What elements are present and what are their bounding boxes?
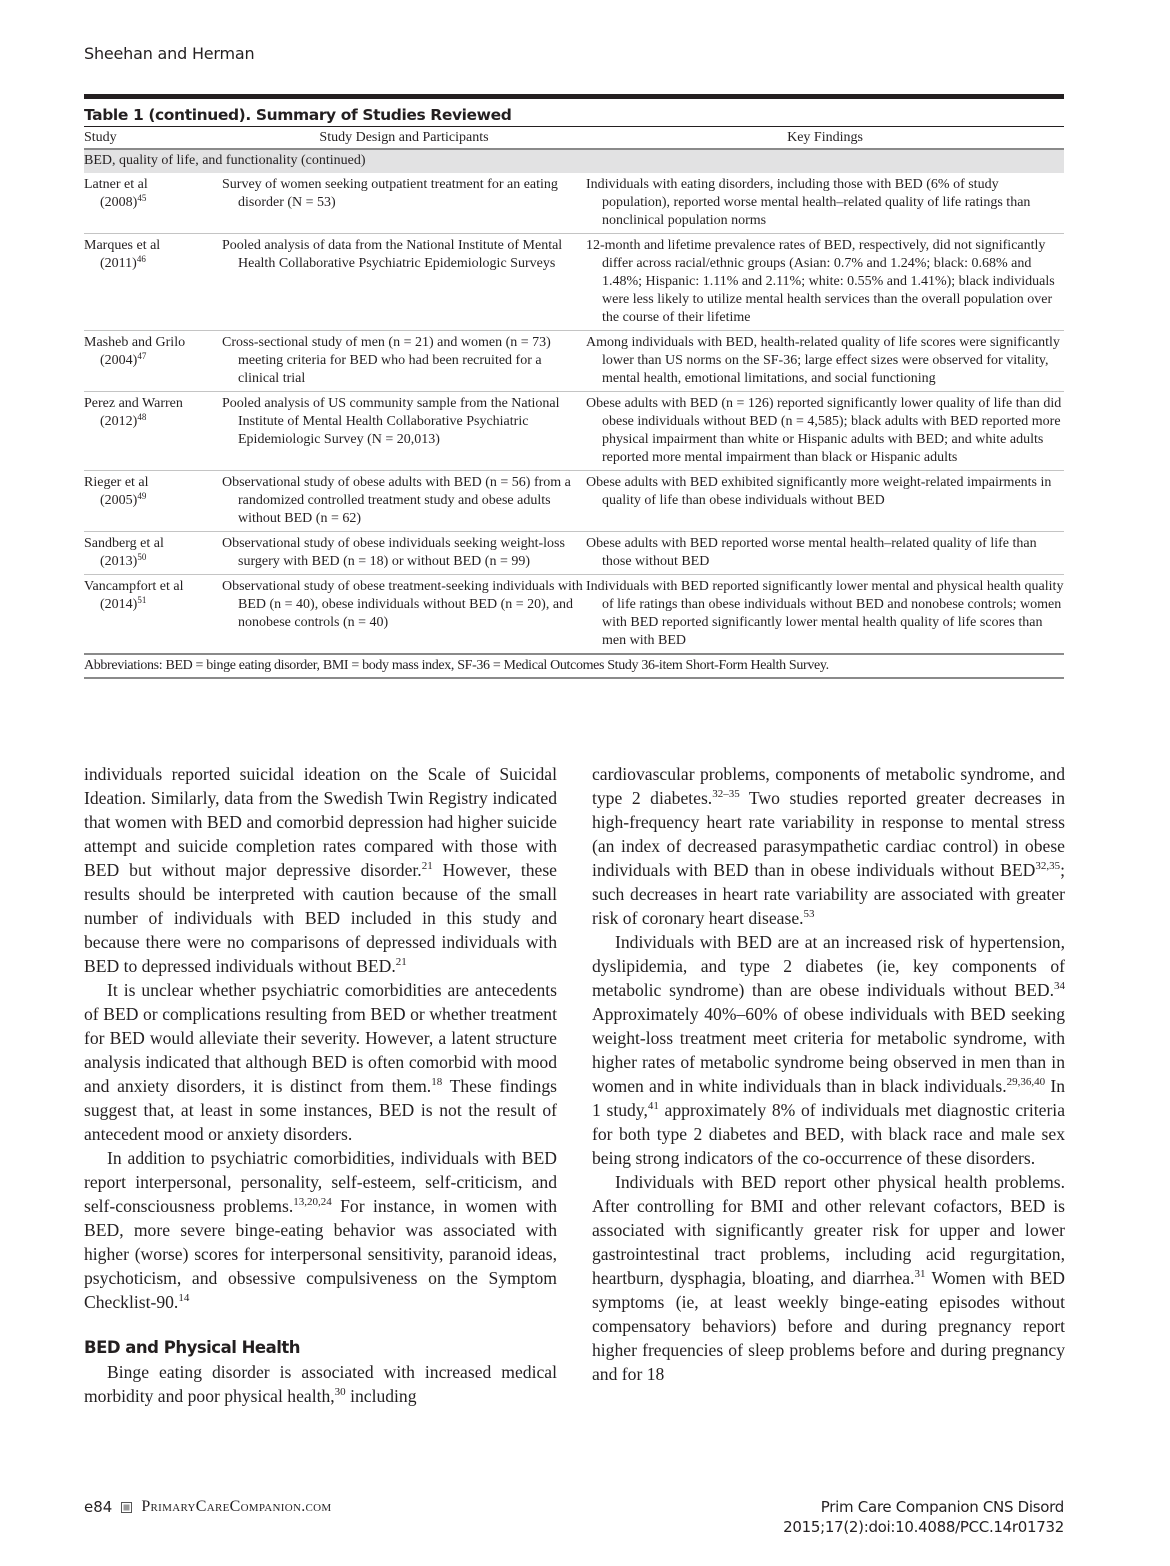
citation-ref: 31 bbox=[914, 1268, 925, 1280]
journal-name: Prim Care Companion CNS Disord bbox=[783, 1497, 1064, 1517]
key-findings: Individuals with BED reported significan… bbox=[586, 578, 1064, 650]
table-row: Rieger et al(2005)49 Observational study… bbox=[84, 471, 1064, 532]
paragraph: It is unclear whether psychiatric comorb… bbox=[84, 978, 557, 1146]
citation-ref: 21 bbox=[422, 860, 433, 872]
paragraph: In addition to psychiatric comorbidities… bbox=[84, 1146, 557, 1314]
key-findings: Among individuals with BED, health-relat… bbox=[586, 334, 1064, 388]
table-row: Marques et al(2011)46 Pooled analysis of… bbox=[84, 234, 1064, 331]
paragraph: Binge eating disorder is associated with… bbox=[84, 1360, 557, 1408]
study-year: (2008) bbox=[100, 195, 137, 210]
citation-ref: 41 bbox=[648, 1100, 659, 1112]
study-design: Observational study of obese treatment-s… bbox=[222, 578, 586, 632]
key-findings: Obese adults with BED exhibited signific… bbox=[586, 474, 1064, 510]
citation-ref: 32–35 bbox=[712, 788, 740, 800]
study-name: Masheb and Grilo bbox=[84, 335, 185, 350]
citation-ref: 21 bbox=[396, 956, 407, 968]
column-header-design: Study Design and Participants bbox=[222, 127, 586, 149]
study-design: Observational study of obese adults with… bbox=[222, 474, 586, 528]
study-name: Sandberg et al bbox=[84, 536, 164, 551]
study-year: (2011) bbox=[100, 256, 137, 271]
study-name: Vancampfort et al bbox=[84, 579, 184, 594]
study-ref: 48 bbox=[137, 412, 146, 422]
table-row: Sandberg et al(2013)50 Observational stu… bbox=[84, 532, 1064, 575]
citation-ref: 13,20,24 bbox=[293, 1196, 332, 1208]
running-head: Sheehan and Herman bbox=[84, 44, 254, 63]
section-heading: BED and Physical Health bbox=[84, 1336, 557, 1360]
paragraph: Individuals with BED report other physic… bbox=[592, 1170, 1065, 1386]
study-year: (2005) bbox=[100, 493, 137, 508]
study-name: Perez and Warren bbox=[84, 396, 183, 411]
citation-ref: 29,36,40 bbox=[1007, 1076, 1046, 1088]
citation-ref: 14 bbox=[178, 1292, 189, 1304]
key-findings: Obese adults with BED (n = 126) reported… bbox=[586, 395, 1064, 467]
body-column-right: cardiovascular problems, components of m… bbox=[592, 762, 1065, 1386]
journal-website-link[interactable]: PrimaryCareCompanion.com bbox=[141, 1498, 331, 1516]
study-ref: 45 bbox=[137, 193, 146, 203]
table-row: Latner et al(2008)45 Survey of women see… bbox=[84, 173, 1064, 234]
table-header-row: Study Study Design and Participants Key … bbox=[84, 127, 1064, 149]
study-design: Observational study of obese individuals… bbox=[222, 535, 586, 571]
study-name: Rieger et al bbox=[84, 475, 149, 490]
study-year: (2012) bbox=[100, 414, 137, 429]
study-year: (2014) bbox=[100, 597, 137, 612]
key-findings: Individuals with eating disorders, inclu… bbox=[586, 176, 1064, 230]
table-row: Masheb and Grilo(2004)47 Cross-sectional… bbox=[84, 331, 1064, 392]
study-name: Latner et al bbox=[84, 177, 148, 192]
column-header-findings: Key Findings bbox=[586, 127, 1064, 149]
study-design: Cross-sectional study of men (n = 21) an… bbox=[222, 334, 586, 388]
square-bullet-icon bbox=[121, 1502, 132, 1513]
summary-table: Table 1 (continued). Summary of Studies … bbox=[84, 94, 1064, 679]
table-row: Vancampfort et al(2014)51 Observational … bbox=[84, 575, 1064, 655]
paragraph: cardiovascular problems, components of m… bbox=[592, 762, 1065, 930]
citation-ref: 34 bbox=[1054, 980, 1065, 992]
study-year: (2004) bbox=[100, 353, 137, 368]
study-design: Survey of women seeking outpatient treat… bbox=[222, 176, 586, 212]
study-ref: 50 bbox=[137, 552, 146, 562]
table-abbreviations: Abbreviations: BED = binge eating disord… bbox=[84, 655, 1064, 679]
study-ref: 47 bbox=[137, 351, 146, 361]
study-ref: 49 bbox=[137, 491, 146, 501]
table-title: Table 1 (continued). Summary of Studies … bbox=[84, 99, 1064, 127]
paragraph: Individuals with BED are at an increased… bbox=[592, 930, 1065, 1170]
study-year: (2013) bbox=[100, 554, 137, 569]
study-design: Pooled analysis of US community sample f… bbox=[222, 395, 586, 449]
section-label: BED, quality of life, and functionality … bbox=[84, 149, 1064, 173]
study-ref: 51 bbox=[137, 595, 146, 605]
key-findings: Obese adults with BED reported worse men… bbox=[586, 535, 1064, 571]
table-row: Perez and Warren(2012)48 Pooled analysis… bbox=[84, 392, 1064, 471]
page-number: e84 bbox=[84, 1498, 112, 1516]
doi-citation: 2015;17(2):doi:10.4088/PCC.14r01732 bbox=[783, 1517, 1064, 1537]
study-ref: 46 bbox=[137, 254, 146, 264]
paragraph: individuals reported suicidal ideation o… bbox=[84, 762, 557, 978]
study-name: Marques et al bbox=[84, 238, 160, 253]
citation-ref: 30 bbox=[335, 1386, 346, 1398]
citation-ref: 53 bbox=[804, 908, 815, 920]
citation-ref: 18 bbox=[431, 1076, 442, 1088]
body-column-left: individuals reported suicidal ideation o… bbox=[84, 762, 557, 1408]
citation-ref: 32,35 bbox=[1035, 860, 1060, 872]
column-header-study: Study bbox=[84, 127, 222, 149]
footer-left: e84 PrimaryCareCompanion.com bbox=[84, 1498, 332, 1516]
key-findings: 12-month and lifetime prevalence rates o… bbox=[586, 237, 1064, 327]
table-section-row: BED, quality of life, and functionality … bbox=[84, 149, 1064, 173]
footer-citation: Prim Care Companion CNS Disord 2015;17(2… bbox=[783, 1497, 1064, 1537]
studies-table: Study Study Design and Participants Key … bbox=[84, 127, 1064, 655]
study-design: Pooled analysis of data from the Nationa… bbox=[222, 237, 586, 273]
